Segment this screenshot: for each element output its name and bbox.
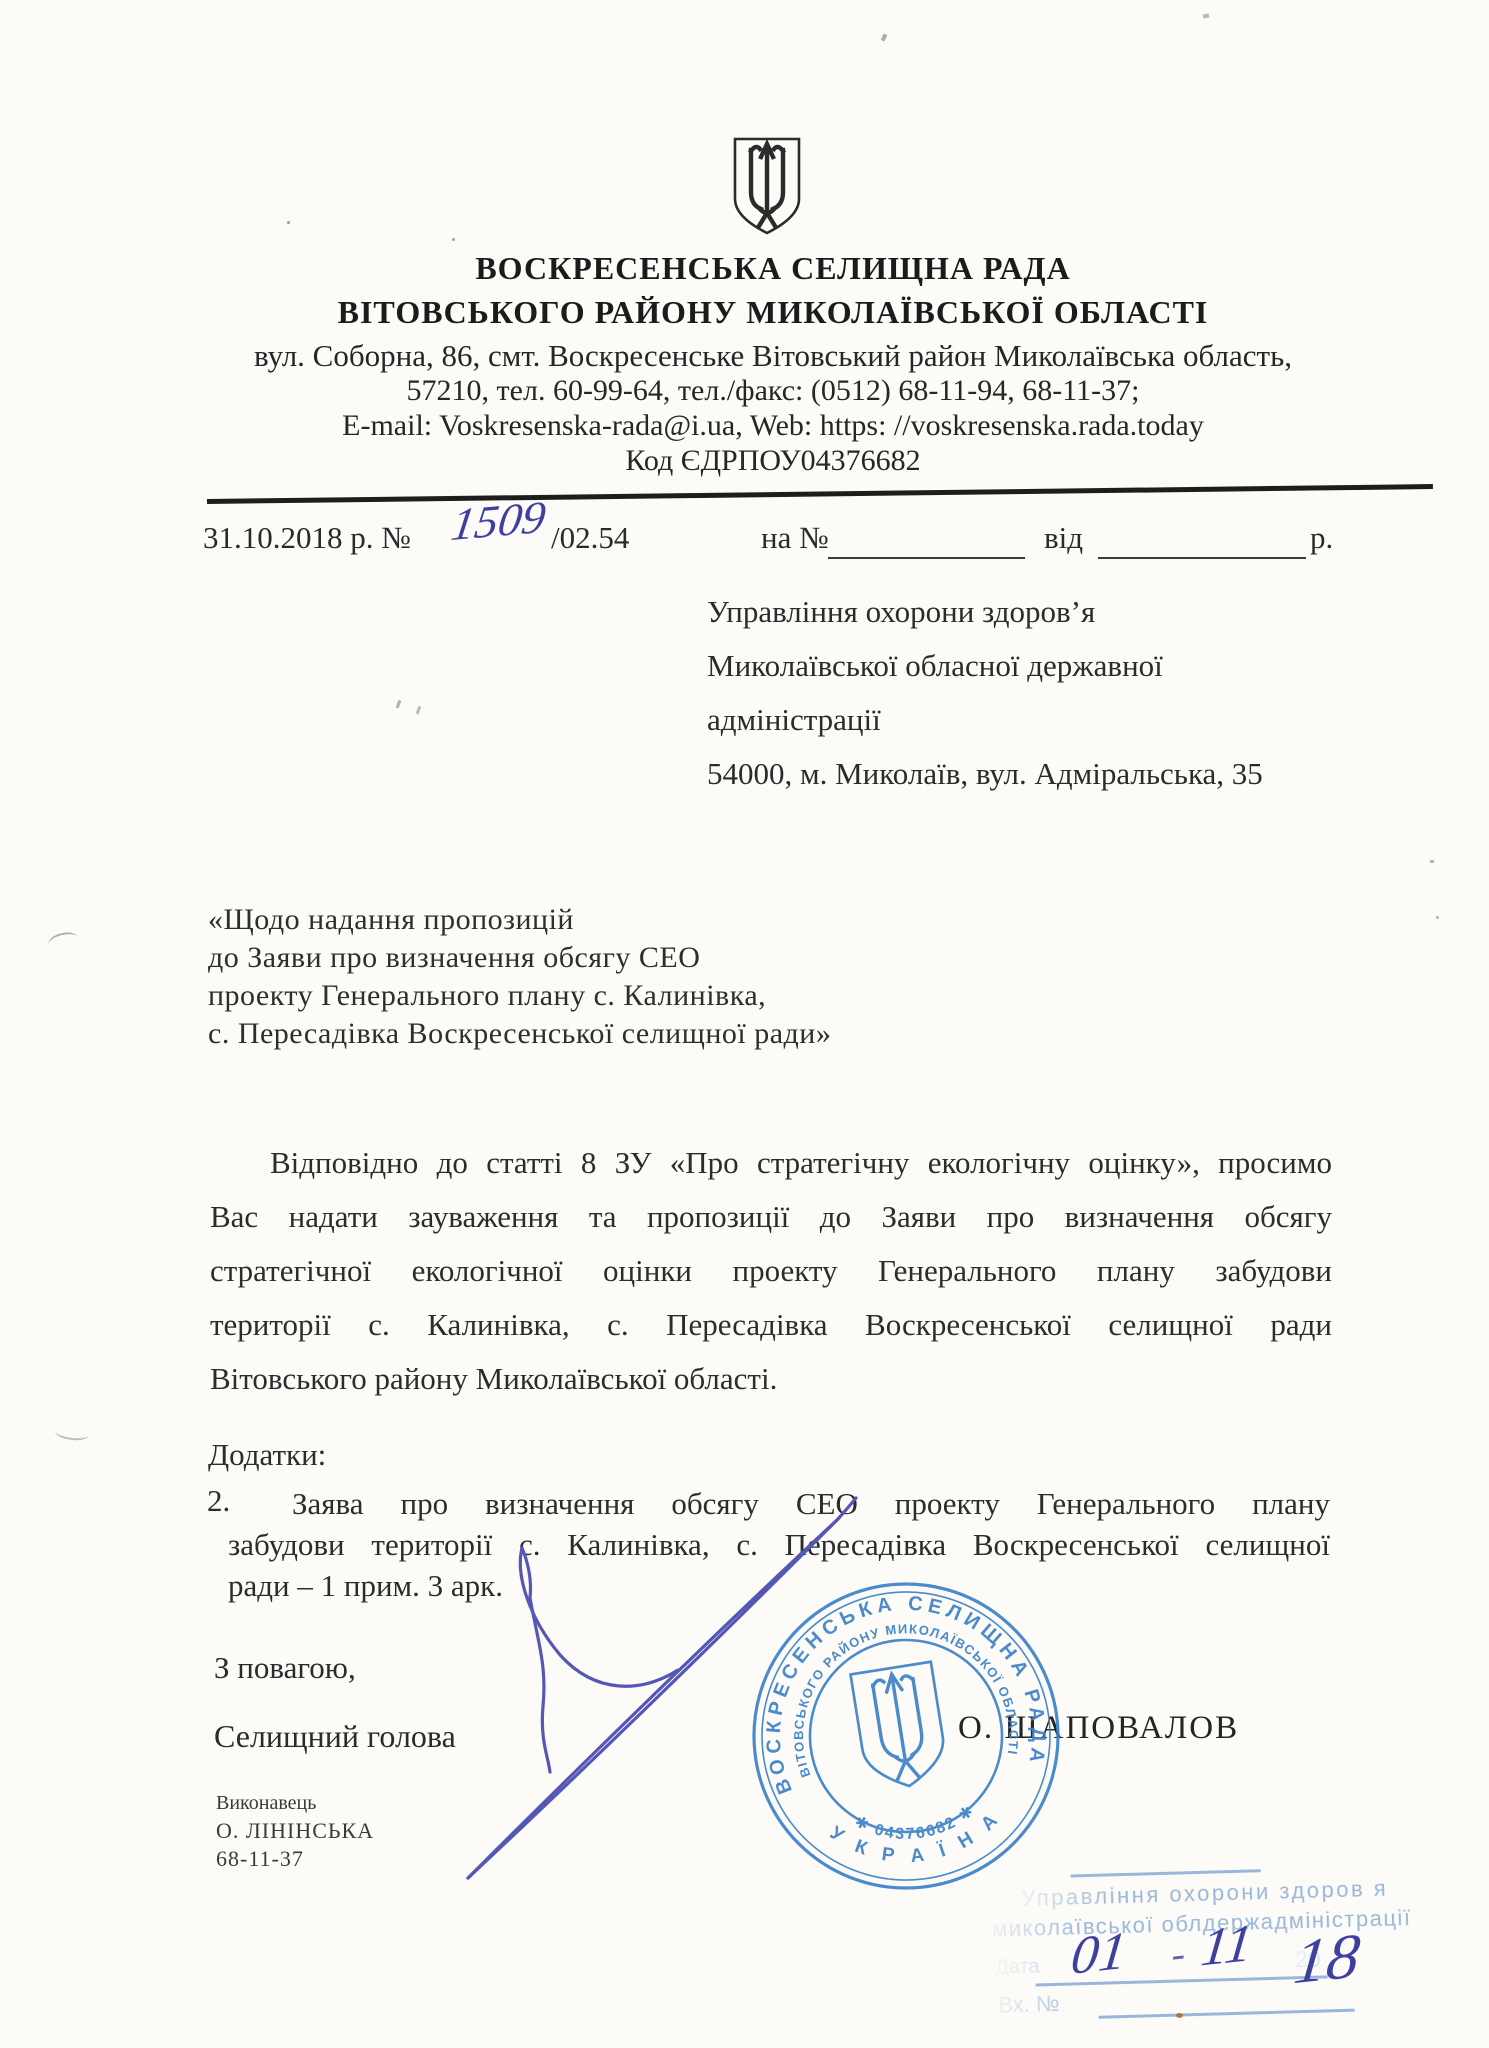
scan-artifact	[1436, 916, 1439, 919]
incoming-year-suffix: р.	[1310, 520, 1333, 556]
recipient-line: Миколаївської обласної державної	[707, 639, 1263, 693]
body-line: Вас надати зауваження та пропозиції до З…	[210, 1190, 1332, 1244]
body-line: Вітовського району Миколаївської області…	[210, 1352, 1332, 1406]
subject-line: до Заяви про визначення обсягу СЕО	[208, 939, 831, 977]
org-name-line2: ВІТОВСЬКОГО РАЙОНУ МИКОЛАЇВСЬКОЇ ОБЛАСТІ	[58, 294, 1488, 331]
ukraine-trident-emblem-icon	[729, 136, 805, 236]
recipient-line: 54000, м. Миколаїв, вул. Адміральська, 3…	[707, 747, 1263, 801]
signature-stroke	[530, 1598, 550, 1772]
org-contacts-line: E-mail: Voskresenska-rada@i.ua, Web: htt…	[58, 409, 1488, 443]
org-name-line1: ВОСКРЕСЕНСЬКА СЕЛИЩНА РАДА	[58, 250, 1488, 287]
body-line: стратегічної екологічної оцінки проекту …	[210, 1244, 1332, 1298]
executor-label: Виконавець	[216, 1792, 316, 1815]
org-edrpou-line: Код ЄДРПОУ04376682	[58, 444, 1488, 478]
handwritten-year: 18	[1291, 1919, 1364, 1999]
recipient-line: адміністрації	[707, 693, 1263, 747]
incoming-from-label: від	[1044, 520, 1083, 556]
body-line: Відповідно до статті 8 ЗУ «Про стратегіч…	[210, 1136, 1332, 1190]
scan-artifact	[416, 706, 421, 714]
subject-line: проекту Генерального плану с. Калинівка,	[208, 977, 831, 1015]
stamp-trident-icon	[851, 1662, 950, 1793]
scan-artifact	[47, 930, 80, 953]
round-official-stamp: ВОСКРЕСЕНСЬКА СЕЛИЩНА РАДА ✱ У К Р А Ї Н…	[731, 1561, 1080, 1910]
subject-block: «Щодо надання пропозицій до Заяви про ви…	[208, 901, 831, 1053]
subject-line: «Щодо надання пропозицій	[208, 901, 831, 939]
body-paragraph: Відповідно до статті 8 ЗУ «Про стратегіч…	[210, 1136, 1332, 1406]
org-phone-line: 57210, тел. 60-99-64, тел./факс: (0512) …	[58, 374, 1488, 408]
scan-artifact	[881, 33, 888, 41]
body-line: території с. Калинівка, с. Пересадівка В…	[210, 1298, 1332, 1352]
handwritten-outgoing-number: 1509	[448, 490, 549, 551]
incoming-number-prefix: на №	[761, 520, 829, 556]
letterhead-divider	[207, 484, 1433, 504]
outgoing-number-prefix: 31.10.2018 р. №	[203, 520, 411, 556]
attachment-item-line: ради – 1 прим. 3 арк.	[228, 1565, 503, 1606]
scanned-letter-page: ВОСКРЕСЕНСЬКА СЕЛИЩНА РАДА ВІТОВСЬКОГО Р…	[0, 0, 1489, 2048]
attachment-item-number: 2.	[207, 1483, 230, 1519]
closing-regards: З повагою,	[214, 1650, 356, 1686]
handwritten-day: 01	[1068, 1919, 1130, 1986]
incoming-number-blank	[828, 557, 1025, 559]
scan-artifact	[54, 1424, 89, 1442]
recipient-line: Управління охорони здоров’я	[707, 585, 1263, 639]
signer-position: Селищний голова	[214, 1718, 456, 1755]
attachments-heading: Додатки:	[208, 1437, 326, 1473]
scan-artifact	[1176, 2013, 1183, 2018]
incoming-date-blank	[1098, 557, 1306, 559]
received-stamp-line	[1071, 1869, 1261, 1877]
scan-artifact	[1430, 860, 1434, 863]
scan-artifact	[452, 238, 455, 241]
scan-artifact	[396, 700, 401, 708]
received-stamp-reg-label: Вх. №	[998, 1991, 1060, 2019]
org-address-line: вул. Соборна, 86, смт. Воскресенське Віт…	[58, 338, 1488, 374]
executor-name: О. ЛІНІНСЬКА	[216, 1818, 374, 1844]
scan-artifact	[287, 221, 290, 224]
received-stamp-underline	[1099, 2009, 1355, 2019]
attachment-item-line: забудови території с. Калинівка, с. Пере…	[228, 1524, 1330, 1565]
executor-phone: 68-11-37	[216, 1846, 304, 1872]
subject-line: с. Пересадівка Воскресенської селищної р…	[208, 1015, 831, 1053]
attachment-item-line: Заява про визначення обсягу СЕО проекту …	[292, 1483, 1330, 1524]
outgoing-number-suffix: /02.54	[551, 520, 629, 556]
received-stamp-date-label: Дата	[995, 1955, 1040, 1979]
signature-stroke	[520, 1548, 678, 1686]
recipient-block: Управління охорони здоров’я Миколаївсько…	[707, 585, 1263, 801]
handwritten-month: 11	[1198, 1912, 1255, 1979]
scan-artifact	[1203, 13, 1210, 18]
